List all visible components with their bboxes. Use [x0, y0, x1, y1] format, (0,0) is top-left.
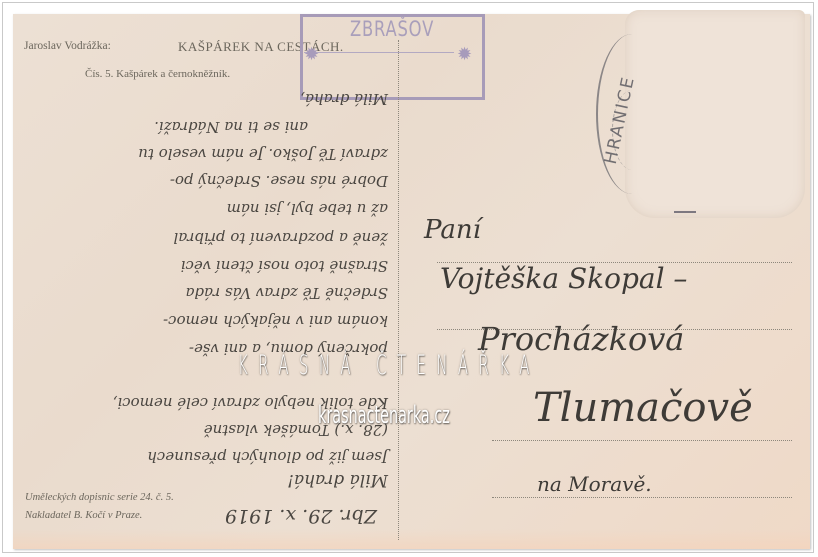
message-line: až u tebe byl, jsi nám	[227, 200, 388, 218]
printed-footer-publisher: Nakladatel B. Kočí v Praze.	[25, 510, 142, 521]
stamp-mark	[674, 211, 696, 213]
message-line: Jsem již po dlouhých přesunech	[147, 448, 388, 466]
postcard-content: Jaroslav Vodrážka: KAŠPÁREK NA CESTÁCH. …	[0, 0, 818, 557]
address-line	[492, 440, 792, 441]
address-salutation: Paní	[424, 215, 481, 245]
message-date: Zbr. 29. x. 1919	[225, 505, 377, 527]
message-line: zdraví Tě Joško. Je nám veselo tu	[138, 145, 388, 163]
watermark-title: KRÁSNÁ ČTENÁŘKA	[238, 350, 788, 381]
message-line: ani se ti na Nádraží.	[154, 118, 308, 136]
town-stamp-line	[304, 52, 454, 53]
message-line: ženě a pozdravení to přibral	[173, 229, 388, 247]
address-region: na Moravě.	[537, 472, 652, 496]
address-name-line1: Vojtěška Skopal –	[440, 262, 687, 295]
message-line: Srdečně Tě zdrav Vás ráda	[186, 284, 389, 302]
message-line: Milá drahá!	[287, 470, 388, 490]
message-line: konám ani v nějakých nemoc-	[163, 312, 388, 330]
watermark-url: krasnactenarka.cz	[318, 401, 450, 429]
message-line: Dobré nás nese. Srdečný po-	[170, 172, 388, 190]
printed-author: Jaroslav Vodrážka:	[24, 40, 111, 52]
address-line	[492, 497, 792, 498]
address-town: Tlumačově	[533, 385, 753, 431]
printed-subtitle: Čís. 5. Kašpárek a černokněžník.	[85, 68, 230, 80]
star-icon: ✹	[304, 44, 319, 65]
star-icon: ✹	[457, 44, 472, 65]
divider-line	[398, 40, 399, 540]
message-line: Strašně toto nosí čtení věci	[181, 257, 388, 275]
printed-footer-series: Uměleckých dopisnic serie 24. č. 5.	[25, 492, 174, 503]
town-stamp-text: ZBRAŠOV	[350, 17, 434, 41]
message-line: Milá drahá,	[300, 90, 388, 108]
